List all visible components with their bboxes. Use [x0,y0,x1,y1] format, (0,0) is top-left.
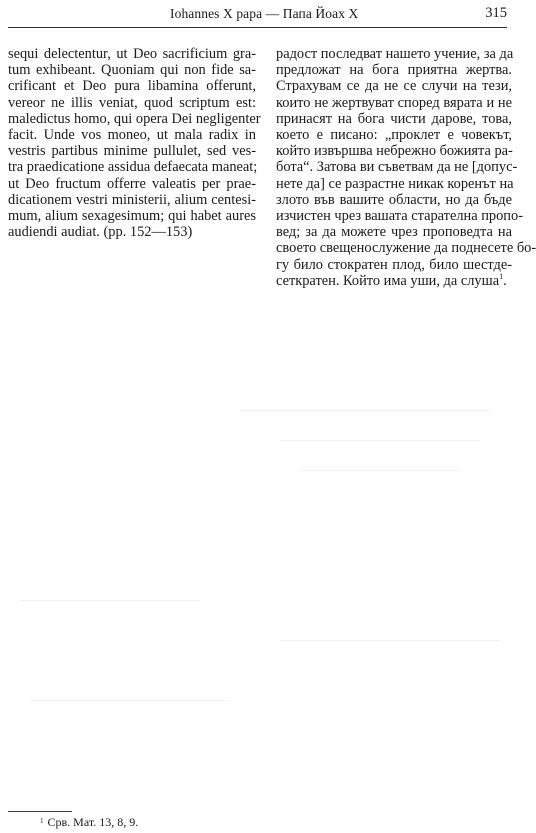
footnote-rule [8,811,72,812]
text-line: dicationem vestri ministerii, alium cent… [8,192,256,208]
last-line-text: сеткратен. Който има уши, да слуша [276,273,499,289]
text-line: vestris partibus minime pullulet, sed ve… [8,143,256,159]
text-line: mum, alium sexagesimum; qui habet aures [8,208,256,224]
footnote-text: Срв. Мат. 13, 8, 9. [48,815,139,829]
text-line: злото във вашите области, но да бъде [276,192,512,208]
page-number: 315 [485,5,507,22]
text-line: ut Deo fructum offerre valeatis per prae… [8,176,256,192]
footnote: 1Срв. Мат. 13, 8, 9. [40,815,138,830]
text-line: предложат на бога приятна жертва. [276,62,512,78]
text-line: своето свещенослужение да поднесете бо- [276,240,512,256]
text-line: tra praedicatione assidua defaecata mane… [8,159,256,175]
text-line: crificant et Deo pura libamina offerunt, [8,78,256,94]
text-line: което е писано: „проклет е човекът, [276,127,512,143]
text-line: нете да] се разрастне никак коренът на [276,176,512,192]
text-line: гу било стократен плод, било шестде- [276,257,512,273]
text-line: audiendi audiat. (pp. 152—153) [8,224,256,240]
footnote-reference[interactable]: 1 [499,272,503,281]
header-rule [8,27,507,28]
text-line: бота“. Затова ви съветвам да не [допус- [276,159,512,175]
latin-text-column: sequi delectentur, ut Deo sacrificium gr… [8,46,256,240]
page-header: Iohannes X papa — Папа Йоах X 315 [0,0,536,30]
text-line: който извършва небрежно божията ра- [276,143,512,159]
footnote-marker: 1 [40,817,44,825]
text-line: които не жертвуват според вярата и не [276,95,512,111]
text-line: sequi delectentur, ut Deo sacrificium gr… [8,46,256,62]
running-title: Iohannes X papa — Папа Йоах X [170,6,358,22]
text-line: принасят на бога чисти дарове, това, [276,111,512,127]
text-line: tum exhibeant. Quoniam qui non fide sa- [8,62,256,78]
text-line: радост последват нашето учение, за да [276,46,512,62]
text-line: вед; за да можете чрез проповедта на [276,224,512,240]
text-line: изчистен чрез вашата старателна пропо- [276,208,512,224]
bulgarian-text-column: радост последват нашето учение, за да пр… [276,46,512,289]
text-line: Страхувам се да не се случи на тези, [276,78,512,94]
text-line: vereor ne illis veniat, quod scriptum es… [8,95,256,111]
text-line: maledictus homo, qui opera Dei negligent… [8,111,256,127]
text-line: сеткратен. Който има уши, да слуша1. [276,273,512,289]
text-line: facit. Unde vos moneo, ut mala radix in [8,127,256,143]
